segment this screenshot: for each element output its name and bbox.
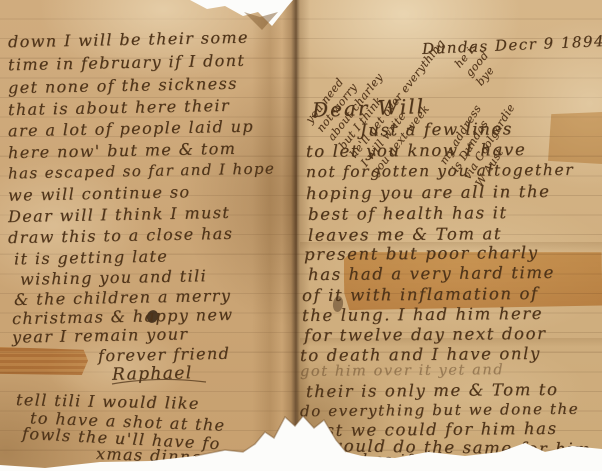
signature: Raphael bbox=[112, 363, 193, 385]
letter-photo: down I will be their some time in februa… bbox=[0, 0, 602, 471]
letter-line: their is only me & Tom to bbox=[306, 380, 559, 401]
letter-line: for twelve day next door bbox=[304, 324, 547, 345]
letter-line: the lung. I had him here bbox=[302, 304, 543, 325]
letter-line: best of health has it bbox=[308, 203, 508, 224]
letter-line: not forgotten you altogether bbox=[306, 161, 574, 181]
letter-line: leaves me & Tom at bbox=[308, 224, 502, 245]
letter-line: has if he were a brother bbox=[362, 450, 584, 471]
letter-line: hoping you are all in the bbox=[306, 182, 551, 203]
letter-line: wishing you and tili bbox=[20, 266, 207, 289]
letter-line: present but poor charly bbox=[304, 243, 539, 264]
letter-line: got him over it yet and bbox=[300, 362, 504, 380]
tape-patch bbox=[0, 347, 88, 375]
letter-line: Just a few lines bbox=[360, 119, 513, 139]
letter-line: do everything but we done the bbox=[300, 400, 579, 420]
letter-line: it is getting late bbox=[14, 247, 168, 269]
tape-patch bbox=[548, 112, 602, 164]
letter-line: to let you know I have bbox=[306, 140, 526, 161]
letter-line: forever friend bbox=[98, 344, 231, 366]
letter-line: has had a very hard time bbox=[308, 263, 555, 284]
letter-line: of it with inflamation of bbox=[302, 284, 539, 305]
fold-shadow bbox=[252, 0, 282, 471]
letter-line: year I remain your bbox=[12, 324, 189, 346]
postscript-line: xmas dinner bbox=[96, 444, 212, 467]
letter-line: we will continue so bbox=[8, 182, 191, 204]
